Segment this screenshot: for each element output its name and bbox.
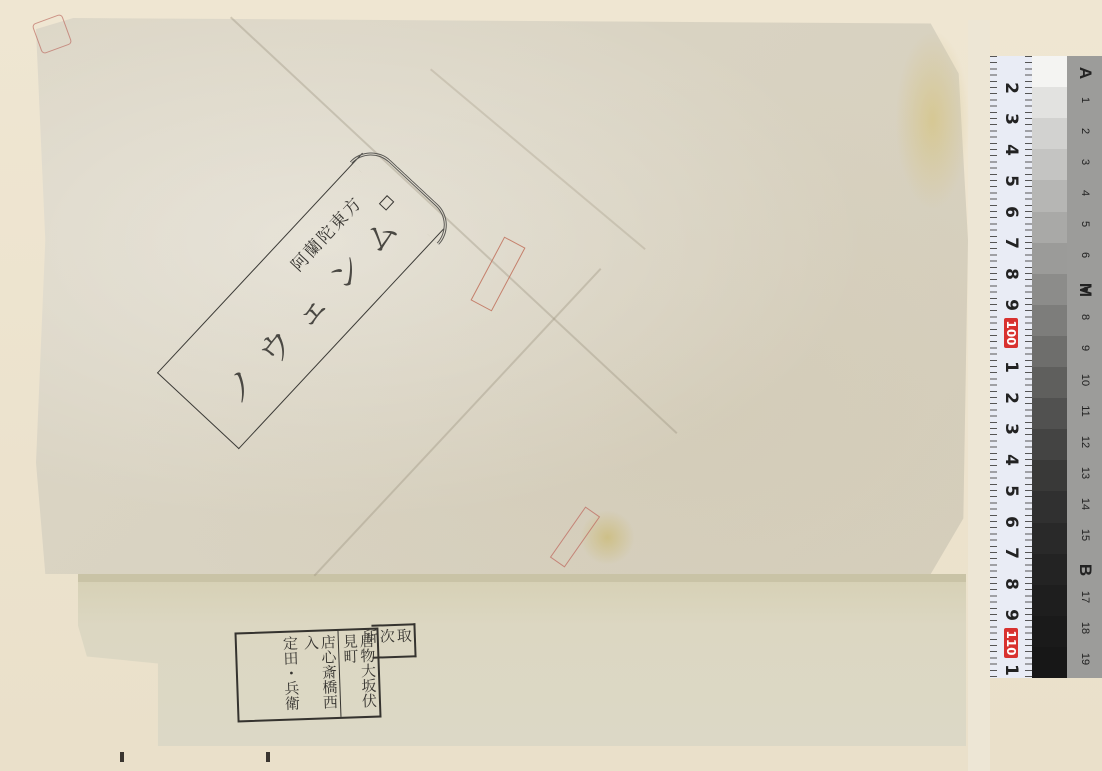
gray-scale-patch — [1032, 491, 1067, 523]
ruler-label: 8 — [1001, 261, 1021, 287]
gray-scale-card: A123456M89101112131415B171819 — [1032, 56, 1102, 678]
gray-scale-patch — [1032, 616, 1067, 648]
gray-scale-label: 1 — [1079, 85, 1091, 115]
ruler-label: 4 — [1001, 447, 1021, 473]
gray-scale-patch — [1032, 398, 1067, 430]
gray-scale-label: 12 — [1079, 427, 1091, 457]
gray-scale-patch — [1032, 149, 1067, 181]
stain-top-right — [895, 30, 970, 210]
gray-scale-patch — [1032, 305, 1067, 337]
gray-scale-patch — [1032, 429, 1067, 461]
wrapper-upper-sheet — [36, 18, 968, 574]
ruler-label: 6 — [1001, 509, 1021, 535]
publisher-column: 店心斎橋西入 — [300, 631, 341, 718]
ruler-label: 6 — [1001, 199, 1021, 225]
mount-pin — [266, 752, 270, 762]
ruler-label: 9 — [1001, 292, 1021, 318]
gray-scale-label: 4 — [1079, 178, 1091, 208]
gray-scale-patch — [1032, 56, 1067, 88]
gray-scale-label: 18 — [1079, 613, 1091, 643]
gray-scale-patch — [1032, 274, 1067, 306]
gray-scale-label: 17 — [1079, 582, 1091, 612]
ruler-red-marker: 110 — [1004, 628, 1018, 658]
gray-scale-label: 10 — [1079, 365, 1091, 395]
gray-scale-label: 2 — [1079, 116, 1091, 146]
ruler-label: 2 — [1001, 75, 1021, 101]
gray-scale-patch — [1032, 554, 1067, 586]
gray-scale-patch — [1032, 460, 1067, 492]
gray-scale-patch — [1032, 212, 1067, 244]
ruler-label: 1 — [1001, 657, 1021, 683]
mount-pin — [120, 752, 124, 762]
gray-scale-patch — [1032, 585, 1067, 617]
gray-scale-label: B — [1075, 555, 1095, 585]
gray-scale-label: 19 — [1079, 644, 1091, 674]
gray-scale-label: 14 — [1079, 489, 1091, 519]
publisher-column: 定田・兵衛 — [279, 632, 303, 719]
ruler-label: 5 — [1001, 168, 1021, 194]
archival-scan: 阿蘭陀東方 ノウェンム 唐物大坂伏見町 店心斎橋西入 定田・兵衛 取次所 2 3… — [0, 0, 1102, 771]
mount-board-right-edge — [968, 20, 990, 771]
wrapper-lower-flap-edge — [78, 574, 966, 582]
gray-scale-patch — [1032, 243, 1067, 275]
gray-scale-patch — [1032, 87, 1067, 119]
gray-scale-label: 5 — [1079, 209, 1091, 239]
publisher-stamp: 唐物大坂伏見町 店心斎橋西入 定田・兵衛 — [234, 628, 381, 723]
gray-scale-label: 8 — [1079, 302, 1091, 332]
gray-scale-label: 13 — [1079, 458, 1091, 488]
measurement-ruler: 2 3 4 5 6 7 8 9 100 1 2 3 4 5 6 7 8 9 11… — [990, 56, 1033, 678]
ruler-label: 9 — [1001, 602, 1021, 628]
gray-scale-patch — [1032, 647, 1067, 679]
gray-scale-label: 9 — [1079, 333, 1091, 363]
ruler-label: 5 — [1001, 478, 1021, 504]
ruler-label: 2 — [1001, 385, 1021, 411]
ruler-label: 1 — [1001, 354, 1021, 380]
gray-scale-label: 15 — [1079, 520, 1091, 550]
gray-scale-label: A — [1075, 58, 1095, 88]
gray-scale-patch — [1032, 367, 1067, 399]
publisher-stamp-tab: 取次所 — [371, 623, 416, 659]
ruler-label: 7 — [1001, 230, 1021, 256]
ruler-label: 3 — [1001, 106, 1021, 132]
gray-scale-patch — [1032, 118, 1067, 150]
gray-scale-label: 3 — [1079, 147, 1091, 177]
ruler-label: 3 — [1001, 416, 1021, 442]
ruler-label: 4 — [1001, 137, 1021, 163]
gray-scale-label: 6 — [1079, 240, 1091, 270]
gray-scale-patch — [1032, 523, 1067, 555]
gray-scale-patch — [1032, 180, 1067, 212]
ruler-label: 7 — [1001, 540, 1021, 566]
gray-scale-label: 11 — [1079, 396, 1091, 426]
ruler-red-marker: 100 — [1004, 318, 1018, 348]
wrapper-lower-flap — [78, 574, 966, 746]
ruler-label: 8 — [1001, 571, 1021, 597]
gray-scale-dot — [1083, 287, 1088, 292]
gray-scale-patch — [1032, 336, 1067, 368]
